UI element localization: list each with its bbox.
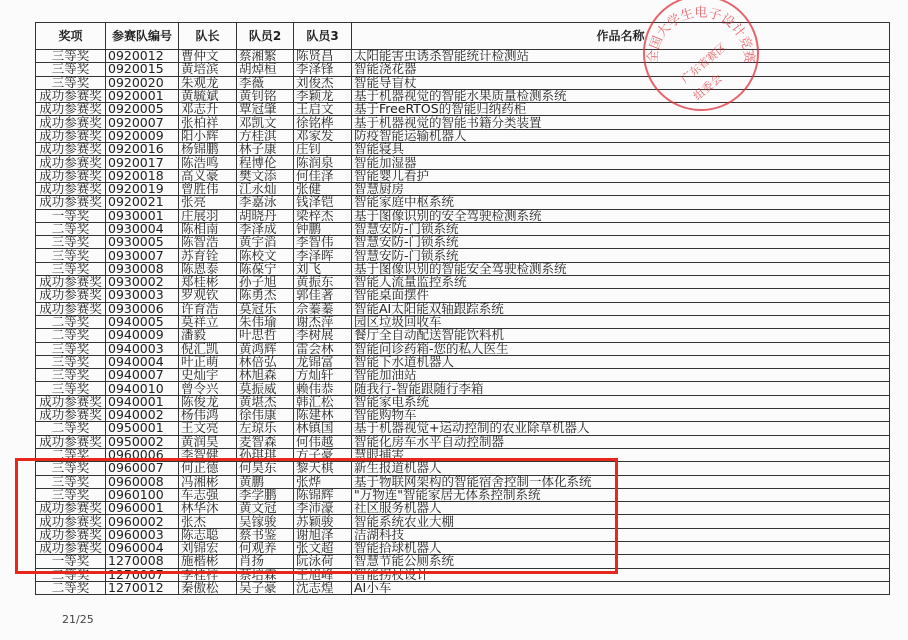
project-name-cell: 太阳能害虫诱杀智能统计检测站 [352,50,890,63]
project-name-cell: 智慧安防-门锁系统 [352,222,890,235]
team-id-cell: 0950001 [106,422,179,435]
captain-cell: 庄展羽 [179,209,237,222]
project-name-cell: 智能系统农业大棚 [352,515,890,528]
captain-cell: 莫祥立 [179,315,237,328]
table-row: 三等奖0920012曹仲文蔡湘繁陈贤昌太阳能害虫诱杀智能统计检测站 [36,50,890,63]
document-page: 奖项 参赛队编号 队长 队员2 队员3 作品名称 三等奖0920012曹仲文蔡湘… [0,0,908,640]
member-2-cell: 蔡培霖 [237,568,294,581]
table-row: 成功参赛奖0920021张亮李嘉泳钱泽铠智能家庭中枢系统 [36,196,890,209]
captain-cell: 刘锦宏 [179,541,237,554]
captain-cell: 潘毅 [179,329,237,342]
award-cell: 三等奖 [36,488,106,501]
table-row: 成功参赛奖0940001陈俊龙黄堪杰韩汇松智能家电系统 [36,395,890,408]
member-2-cell: 徐伟康 [237,409,294,422]
member-3-cell: 佘蓁蓁 [294,302,352,315]
team-id-cell: 0960008 [106,475,179,488]
member-3-cell: 阮泳荷 [294,555,352,568]
project-name-cell: 基于机器视觉的智能水果质量检测系统 [352,89,890,102]
award-cell: 成功参赛奖 [36,182,106,195]
award-cell: 三等奖 [36,63,106,76]
captain-cell: 陈相南 [179,222,237,235]
team-id-cell: 0960007 [106,462,179,475]
table-row: 成功参赛奖0920005邓志升覃冠肇王启文基于FreeRTOS的智能归纳药柜 [36,103,890,116]
award-cell: 三等奖 [36,342,106,355]
project-name-cell: 智能婴儿看护 [352,169,890,182]
project-name-cell: 智能购物车 [352,409,890,422]
member-3-cell: 方灿轩 [294,369,352,382]
table-row: 三等奖0940003倪汇凯黄鸿辉雷会林智能问诊药箱-您的私人医生 [36,342,890,355]
member-2-cell: 黄文冠 [237,502,294,515]
member-3-cell: 钱泽铠 [294,196,352,209]
table-row: 二等奖0950001王文亮左琼乐林镇国基于机器视觉+运动控制的农业除草机器人 [36,422,890,435]
table-row: 成功参赛奖0920009阳小辉方桂淇邓家发防疫智能运输机器人 [36,129,890,142]
member-2-cell: 李泽成 [237,222,294,235]
member-3-cell: 沈志煌 [294,581,352,594]
team-id-cell: 0920015 [106,63,179,76]
project-name-cell: 智能导盲杖 [352,76,890,89]
team-id-cell: 0960002 [106,515,179,528]
table-row: 三等奖0920015黄培滨胡焯桓李泽锋智能浇花器 [36,63,890,76]
award-cell: 三等奖 [36,50,106,63]
captain-cell: 邓志升 [179,103,237,116]
team-id-cell: 0920005 [106,103,179,116]
table-row: 成功参赛奖0920018高义豪樊文添何佳泽智能婴儿看护 [36,169,890,182]
member-3-cell: 张烨 [294,475,352,488]
project-name-cell: 基于FreeRTOS的智能归纳药柜 [352,103,890,116]
table-row: 三等奖0920020朱观龙李薇刘俊杰智能导盲杖 [36,76,890,89]
table-row: 三等奖0960100车志强李学鹏陈锦辉"万物连"智能家居无体系控制系统 [36,488,890,501]
captain-cell: 施楷彬 [179,555,237,568]
award-cell: 成功参赛奖 [36,143,106,156]
captain-cell: 杨锦鹏 [179,143,237,156]
table-row: 成功参赛奖0920007张柏祥邓凯文徐铭桦基于机器视觉的智能书籍分类装置 [36,116,890,129]
member-2-cell: 蔡湘繁 [237,50,294,63]
member-3-cell: 邓家发 [294,129,352,142]
member-3-cell: 李泽锋 [294,63,352,76]
captain-cell: 陈智浩 [179,236,237,249]
member-3-cell: 刘俊杰 [294,76,352,89]
member-2-cell: 莫振威 [237,382,294,395]
project-name-cell: 智能家电系统 [352,395,890,408]
table-row: 一等奖0930001庄展羽胡晓丹梁梓杰基于图像识别的安全驾驶检测系统 [36,209,890,222]
header-team-id: 参赛队编号 [106,23,179,50]
captain-cell: 黄培滨 [179,63,237,76]
project-name-cell: 智能问诊药箱-您的私人医生 [352,342,890,355]
award-cell: 成功参赛奖 [36,276,106,289]
member-3-cell: 李沛濠 [294,502,352,515]
team-id-cell: 0930002 [106,276,179,289]
team-id-cell: 1270008 [106,555,179,568]
award-cell: 三等奖 [36,475,106,488]
member-2-cell: 李薇 [237,76,294,89]
member-2-cell: 李嘉泳 [237,196,294,209]
table-row: 二等奖1270007李桂梓蔡培霖王旭峰智能拐杖设计 [36,568,890,581]
member-3-cell: 徐铭桦 [294,116,352,129]
captain-cell: 车志强 [179,488,237,501]
member-3-cell: 赖伟恭 [294,382,352,395]
project-name-cell: 智能化房车水平自动控制器 [352,435,890,448]
member-2-cell: 程博伦 [237,156,294,169]
member-3-cell: 黎天棋 [294,462,352,475]
member-2-cell: 吴子豪 [237,581,294,594]
table-row: 三等奖0940010曾令兴莫振威赖伟恭随我行-智能跟随行李箱 [36,382,890,395]
member-2-cell: 邓凯文 [237,116,294,129]
project-name-cell: 防疫智能运输机器人 [352,129,890,142]
project-name-cell: 智能拐杖设计 [352,568,890,581]
team-id-cell: 0920018 [106,169,179,182]
captain-cell: 曾令兴 [179,382,237,395]
member-2-cell: 胡晓丹 [237,209,294,222]
team-id-cell: 0930003 [106,289,179,302]
table-row: 二等奖0940005莫祥立朱伟瑜谢杰萍园区垃圾回收车 [36,315,890,328]
captain-cell: 杨伟鸿 [179,409,237,422]
team-id-cell: 0920012 [106,50,179,63]
team-id-cell: 0920007 [106,116,179,129]
project-name-cell: 洁湖科技 [352,528,890,541]
table-row: 三等奖0930008陈恩泰陈葆宁刘飞基于图像识别的智能安全驾驶检测系统 [36,262,890,275]
project-name-cell: 智能家庭中枢系统 [352,196,890,209]
project-name-cell: 基于机器视觉的智能书籍分类装置 [352,116,890,129]
project-name-cell: 社区服务机器人 [352,502,890,515]
team-id-cell: 0940009 [106,329,179,342]
member-3-cell: 钟鹏 [294,222,352,235]
team-id-cell: 0930001 [106,209,179,222]
table-row: 成功参赛奖0920001黄毓斌黄钊铭李颖龙基于机器视觉的智能水果质量检测系统 [36,89,890,102]
award-cell: 成功参赛奖 [36,289,106,302]
member-2-cell: 黄鹏 [237,475,294,488]
captain-cell: 黄润昊 [179,435,237,448]
header-member-3: 队员3 [294,23,352,50]
project-name-cell: 智能加湿器 [352,156,890,169]
member-3-cell: 张文超 [294,541,352,554]
project-name-cell: 基于机器视觉+运动控制的农业除草机器人 [352,422,890,435]
member-2-cell: 方桂淇 [237,129,294,142]
header-member-2: 队员2 [237,23,294,50]
team-id-cell: 0940004 [106,355,179,368]
member-3-cell: 谢旭泽 [294,528,352,541]
member-3-cell: 陈贤昌 [294,50,352,63]
team-id-cell: 0940005 [106,315,179,328]
member-2-cell: 黄宇滔 [237,236,294,249]
captain-cell: 何正德 [179,462,237,475]
team-id-cell: 0920009 [106,129,179,142]
project-name-cell: 智能加油站 [352,369,890,382]
table-row: 成功参赛奖0930002郑桂彬孙子旭黄振东智能人流量监控系统 [36,276,890,289]
team-id-cell: 0940003 [106,342,179,355]
team-id-cell: 0960001 [106,502,179,515]
captain-cell: 陈恩泰 [179,262,237,275]
award-cell: 成功参赛奖 [36,103,106,116]
captain-cell: 张杰 [179,515,237,528]
member-3-cell: 方子豪 [294,448,352,461]
member-2-cell: 黄钊铭 [237,89,294,102]
member-3-cell: 刘飞 [294,262,352,275]
table-row: 成功参赛奖0920016杨锦鹏林子康庄钊智能寝具 [36,143,890,156]
member-2-cell: 胡焯桓 [237,63,294,76]
team-id-cell: 0920021 [106,196,179,209]
member-3-cell: 李智伟 [294,236,352,249]
member-2-cell: 朱伟瑜 [237,315,294,328]
member-2-cell: 陈勇杰 [237,289,294,302]
captain-cell: 苏育铨 [179,249,237,262]
captain-cell: 朱观龙 [179,76,237,89]
award-cell: 成功参赛奖 [36,196,106,209]
award-cell: 三等奖 [36,369,106,382]
team-id-cell: 1270007 [106,568,179,581]
member-3-cell: 李泽晖 [294,249,352,262]
member-3-cell: 黄振东 [294,276,352,289]
team-id-cell: 0960006 [106,448,179,461]
team-id-cell: 0940002 [106,409,179,422]
captain-cell: 郑桂彬 [179,276,237,289]
table-row: 二等奖1270012秦傲松吴子豪沈志煌AI小车 [36,581,890,594]
project-name-cell: 智能下水道机器人 [352,355,890,368]
award-cell: 成功参赛奖 [36,435,106,448]
member-2-cell: 莫冠乐 [237,302,294,315]
captain-cell: 陈浩鸣 [179,156,237,169]
member-3-cell: 苏颖骏 [294,515,352,528]
member-2-cell: 江永灿 [237,182,294,195]
member-3-cell: 林镇国 [294,422,352,435]
award-cell: 三等奖 [36,355,106,368]
project-name-cell: 智能桌面摆件 [352,289,890,302]
award-cell: 三等奖 [36,262,106,275]
project-name-cell: 智慧节能公厕系统 [352,555,890,568]
award-cell: 二等奖 [36,568,106,581]
member-2-cell: 陈葆宁 [237,262,294,275]
project-name-cell: 餐厅全自动配送智能饮料机 [352,329,890,342]
member-3-cell: 李颖龙 [294,89,352,102]
member-2-cell: 麦智森 [237,435,294,448]
project-name-cell: 智能人流量监控系统 [352,276,890,289]
project-name-cell: 随我行-智能跟随行李箱 [352,382,890,395]
member-2-cell: 樊文添 [237,169,294,182]
award-cell: 成功参赛奖 [36,515,106,528]
table-row: 三等奖0940007史灿宇林旭森方灿轩智能加油站 [36,369,890,382]
captain-cell: 许育浩 [179,302,237,315]
table-header-row: 奖项 参赛队编号 队长 队员2 队员3 作品名称 [36,23,890,50]
award-cell: 二等奖 [36,581,106,594]
captain-cell: 曾胜伟 [179,182,237,195]
captain-cell: 张亮 [179,196,237,209]
captain-cell: 史灿宇 [179,369,237,382]
project-name-cell: 基于图像识别的安全驾驶检测系统 [352,209,890,222]
table-row: 成功参赛奖0920019曾胜伟江永灿张健智慧厨房 [36,182,890,195]
member-3-cell: 王启文 [294,103,352,116]
table-row: 成功参赛奖0960002张杰吴镓骏苏颖骏智能系统农业大棚 [36,515,890,528]
member-3-cell: 何佳泽 [294,169,352,182]
award-cell: 二等奖 [36,448,106,461]
member-2-cell: 覃冠肇 [237,103,294,116]
table-row: 二等奖0930004陈相南李泽成钟鹏智慧安防-门锁系统 [36,222,890,235]
project-name-cell: 智慧安防-门锁系统 [352,236,890,249]
project-name-cell: 智能浇花器 [352,63,890,76]
project-name-cell: AI小车 [352,581,890,594]
project-name-cell: 园区垃圾回收车 [352,315,890,328]
captain-cell: 陈志聪 [179,528,237,541]
member-3-cell: 张健 [294,182,352,195]
table-row: 成功参赛奖0960001林华沐黄文冠李沛濠社区服务机器人 [36,502,890,515]
member-3-cell: 王旭峰 [294,568,352,581]
project-name-cell: 智能拾球机器人 [352,541,890,554]
award-cell: 成功参赛奖 [36,116,106,129]
team-id-cell: 0930006 [106,302,179,315]
member-2-cell: 叶思哲 [237,329,294,342]
captain-cell: 王文亮 [179,422,237,435]
captain-cell: 秦傲松 [179,581,237,594]
project-name-cell: 智慧厨房 [352,182,890,195]
award-cell: 成功参赛奖 [36,541,106,554]
member-2-cell: 黄鸿辉 [237,342,294,355]
member-2-cell: 林子康 [237,143,294,156]
table-body: 三等奖0920012曹仲文蔡湘繁陈贤昌太阳能害虫诱杀智能统计检测站三等奖0920… [36,50,890,595]
header-captain: 队长 [179,23,237,50]
team-id-cell: 0920020 [106,76,179,89]
table-row: 成功参赛奖0960004刘锦宏何观养张文超智能拾球机器人 [36,541,890,554]
member-2-cell: 吴镓骏 [237,515,294,528]
member-3-cell: 庄钊 [294,143,352,156]
award-cell: 成功参赛奖 [36,528,106,541]
team-id-cell: 0960100 [106,488,179,501]
team-id-cell: 0940007 [106,369,179,382]
table-row: 成功参赛奖0930003罗观钦陈勇杰郭佳著智能桌面摆件 [36,289,890,302]
award-cell: 成功参赛奖 [36,89,106,102]
team-id-cell: 0920017 [106,156,179,169]
member-2-cell: 陈校文 [237,249,294,262]
table-row: 三等奖0960008冯湘彬黄鹏张烨基于物联网架构的智能宿舍控制一体化系统 [36,475,890,488]
team-id-cell: 0950002 [106,435,179,448]
member-3-cell: 陈锦辉 [294,488,352,501]
captain-cell: 叶正萌 [179,355,237,368]
member-3-cell: 雷会林 [294,342,352,355]
table-row: 成功参赛奖0940002杨伟鸿徐伟康陈建林智能购物车 [36,409,890,422]
award-cell: 一等奖 [36,555,106,568]
project-name-cell: 智能AI太阳能双轴跟踪系统 [352,302,890,315]
awards-table: 奖项 参赛队编号 队长 队员2 队员3 作品名称 三等奖0920012曹仲文蔡湘… [35,22,890,595]
award-cell: 成功参赛奖 [36,302,106,315]
team-id-cell: 0960003 [106,528,179,541]
award-cell: 成功参赛奖 [36,409,106,422]
award-cell: 二等奖 [36,329,106,342]
team-id-cell: 0930005 [106,236,179,249]
member-3-cell: 李树展 [294,329,352,342]
member-2-cell: 左琼乐 [237,422,294,435]
award-cell: 成功参赛奖 [36,395,106,408]
team-id-cell: 0940001 [106,395,179,408]
member-2-cell: 李学鹏 [237,488,294,501]
award-cell: 三等奖 [36,236,106,249]
member-2-cell: 何昊东 [237,462,294,475]
captain-cell: 罗观钦 [179,289,237,302]
award-cell: 二等奖 [36,315,106,328]
table-row: 三等奖0940004叶正萌林倍弘龙锦富智能下水道机器人 [36,355,890,368]
table-row: 成功参赛奖0950002黄润昊麦智森何伟越智能化房车水平自动控制器 [36,435,890,448]
member-2-cell: 孙琪琪 [237,448,294,461]
project-name-cell: "万物连"智能家居无体系控制系统 [352,488,890,501]
member-3-cell: 陈润泉 [294,156,352,169]
project-name-cell: 慧眼捕害 [352,448,890,461]
member-3-cell: 龙锦富 [294,355,352,368]
member-3-cell: 梁梓杰 [294,209,352,222]
member-2-cell: 蔡书鉴 [237,528,294,541]
captain-cell: 倪汇凯 [179,342,237,355]
table-row: 二等奖0940009潘毅叶思哲李树展餐厅全自动配送智能饮料机 [36,329,890,342]
team-id-cell: 0960004 [106,541,179,554]
captain-cell: 李智健 [179,448,237,461]
header-project-name: 作品名称 [352,23,890,50]
member-2-cell: 林倍弘 [237,355,294,368]
team-id-cell: 0920019 [106,182,179,195]
captain-cell: 黄毓斌 [179,89,237,102]
team-id-cell: 0940010 [106,382,179,395]
table-row: 三等奖0930007苏育铨陈校文李泽晖智慧安防-门锁系统 [36,249,890,262]
award-cell: 二等奖 [36,422,106,435]
member-3-cell: 谢杰萍 [294,315,352,328]
table-row: 成功参赛奖0930006许育浩莫冠乐佘蓁蓁智能AI太阳能双轴跟踪系统 [36,302,890,315]
table-row: 成功参赛奖0920017陈浩鸣程博伦陈润泉智能加湿器 [36,156,890,169]
member-3-cell: 陈建林 [294,409,352,422]
table-row: 三等奖0960007何正德何昊东黎天棋新生报道机器人 [36,462,890,475]
project-name-cell: 智能寝具 [352,143,890,156]
captain-cell: 林华沐 [179,502,237,515]
table-row: 成功参赛奖0960003陈志聪蔡书鉴谢旭泽洁湖科技 [36,528,890,541]
table-row: 一等奖1270008施楷彬肖扬阮泳荷智慧节能公厕系统 [36,555,890,568]
captain-cell: 李桂梓 [179,568,237,581]
table-row: 二等奖0960006李智健孙琪琪方子豪慧眼捕害 [36,448,890,461]
member-2-cell: 黄堪杰 [237,395,294,408]
project-name-cell: 基于物联网架构的智能宿舍控制一体化系统 [352,475,890,488]
project-name-cell: 新生报道机器人 [352,462,890,475]
page-number: 21/25 [62,613,94,626]
team-id-cell: 0930008 [106,262,179,275]
award-cell: 成功参赛奖 [36,156,106,169]
captain-cell: 陈俊龙 [179,395,237,408]
award-cell: 三等奖 [36,462,106,475]
award-cell: 成功参赛奖 [36,169,106,182]
captain-cell: 曹仲文 [179,50,237,63]
member-2-cell: 林旭森 [237,369,294,382]
award-cell: 成功参赛奖 [36,129,106,142]
captain-cell: 冯湘彬 [179,475,237,488]
award-cell: 成功参赛奖 [36,502,106,515]
captain-cell: 张柏祥 [179,116,237,129]
award-cell: 一等奖 [36,209,106,222]
member-2-cell: 肖扬 [237,555,294,568]
captain-cell: 高义豪 [179,169,237,182]
project-name-cell: 智慧安防-门锁系统 [352,249,890,262]
team-id-cell: 0920016 [106,143,179,156]
table-row: 三等奖0930005陈智浩黄宇滔李智伟智慧安防-门锁系统 [36,236,890,249]
member-2-cell: 何观养 [237,541,294,554]
team-id-cell: 0930004 [106,222,179,235]
captain-cell: 阳小辉 [179,129,237,142]
award-cell: 二等奖 [36,222,106,235]
team-id-cell: 0920001 [106,89,179,102]
team-id-cell: 0930007 [106,249,179,262]
member-3-cell: 郭佳著 [294,289,352,302]
member-2-cell: 孙子旭 [237,276,294,289]
header-award: 奖项 [36,23,106,50]
member-3-cell: 韩汇松 [294,395,352,408]
award-cell: 三等奖 [36,382,106,395]
project-name-cell: 基于图像识别的智能安全驾驶检测系统 [352,262,890,275]
award-cell: 三等奖 [36,249,106,262]
team-id-cell: 1270012 [106,581,179,594]
award-cell: 三等奖 [36,76,106,89]
member-3-cell: 何伟越 [294,435,352,448]
